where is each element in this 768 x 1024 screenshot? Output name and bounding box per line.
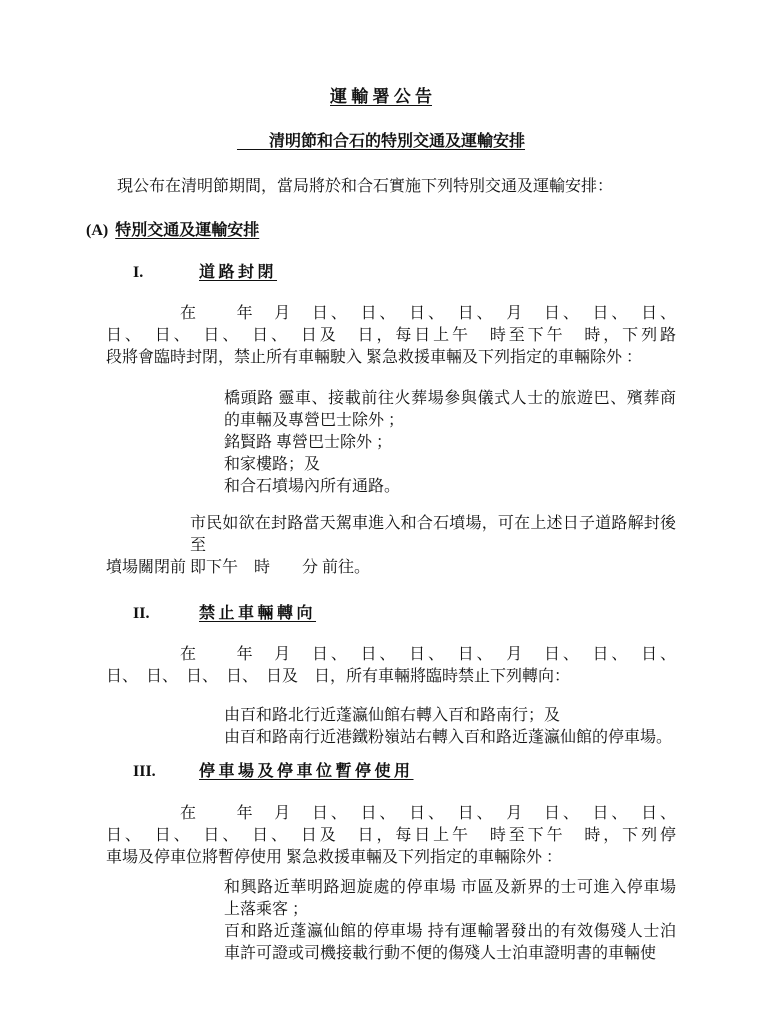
paragraph-line: 墳場關閉前 即下午 時 分 前往。 [106, 557, 676, 579]
paragraph-line: 日、 日、 日、 日、 日及 日，每日上午 時至下午 時，下列停 [106, 825, 676, 847]
paragraph: 在 年 月 日、 日、 日、 日、 月 日、 日、 日、 日、 日、 日、 日、… [106, 303, 676, 369]
paragraph-line: 在 年 月 日、 日、 日、 日、 月 日、 日、 日、 [106, 303, 676, 325]
section-heading-no-turns: II.禁止車輛轉向 [133, 603, 676, 625]
section-title: 禁止車輛轉向 [199, 605, 316, 622]
list-item-line: 由百和路北行近蓬瀛仙館右轉入百和路南行；及 [224, 705, 676, 727]
list-item-line: 上落乘客 ； [224, 899, 676, 921]
paragraph-line: 日、 日、 日、 日、 日及 日，所有車輛將臨時禁止下列轉向： [106, 666, 676, 688]
list-item-line: 和家樓路；及 [224, 454, 676, 476]
list-item-line: 和興路近華明路迴旋處的停車場 市區及新界的士可進入停車場 [224, 877, 676, 899]
list-item-line: 銘賢路 專營巴士除外 ； [224, 432, 676, 454]
list-item-line: 由百和路南行近港鐵粉嶺站右轉入百和路近蓬瀛仙館的停車場。 [224, 727, 676, 749]
paragraph: 在 年 月 日、 日、 日、 日、 月 日、 日、 日、 日、 日、 日、 日、… [106, 803, 676, 869]
closing-paragraph: 市民如欲在封路當天駕車進入和合石墳場，可在上述日子道路解封後至 墳場關閉前 即下… [106, 513, 676, 579]
intro-text: 現公布在清明節期間，當局將於和合石實施下列特別交通及運輸安排： [117, 178, 613, 195]
doc-title: 運 輸 署 公 告 [86, 86, 676, 108]
paragraph: 在 年 月 日、 日、 日、 日、 月 日、 日、 日、 日、 日、 日、 日、… [106, 644, 676, 688]
section-a-title: 特別交通及運輸安排 [115, 222, 259, 239]
road-list: 橋頭路 靈車、接載前往火葬場參與儀式人士的旅遊巴、殯葬商 的車輛及專營巴士除外 … [224, 388, 676, 498]
section-numeral: II. [133, 603, 199, 625]
document-page: 運 輸 署 公 告 清明節和合石的特別交通及運輸安排 現公布在清明節期間，當局將… [0, 0, 768, 1024]
list-item-line: 車許可證或司機接載行動不便的傷殘人士泊車證明書的車輛使 [224, 943, 676, 965]
list-item-line: 橋頭路 靈車、接載前往火葬場參與儀式人士的旅遊巴、殯葬商 [224, 388, 676, 410]
section-numeral: I. [133, 262, 199, 284]
doc-subtitle-lead [237, 133, 269, 150]
section-heading-carpark-suspension: III.停車場及停車位暫停使用 [133, 761, 676, 783]
paragraph-line: 車場及停車位將暫停使用 緊急救援車輛及下列指定的車輛除外 ： [106, 847, 676, 869]
intro-paragraph: 現公布在清明節期間，當局將於和合石實施下列特別交通及運輸安排： [86, 176, 676, 198]
doc-subtitle-text: 清明節和合石的特別交通及運輸安排 [269, 133, 525, 150]
list-item-line: 百和路近蓬瀛仙館的停車場 持有運輸署發出的有效傷殘人士泊 [224, 921, 676, 943]
section-title: 道路封閉 [199, 264, 277, 281]
section-a-heading: (A)特別交通及運輸安排 [86, 220, 676, 242]
list-item-line: 的車輛及專營巴士除外 ； [224, 410, 676, 432]
doc-title-text: 運 輸 署 公 告 [330, 87, 432, 106]
paragraph-line: 在 年 月 日、 日、 日、 日、 月 日、 日、 日、 [106, 803, 676, 825]
turn-restriction-list: 由百和路北行近蓬瀛仙館右轉入百和路南行；及 由百和路南行近港鐵粉嶺站右轉入百和路… [224, 705, 676, 749]
doc-subtitle-underline: 清明節和合石的特別交通及運輸安排 [237, 133, 525, 150]
doc-subtitle: 清明節和合石的特別交通及運輸安排 [86, 131, 676, 153]
paragraph-line: 市民如欲在封路當天駕車進入和合石墳場，可在上述日子道路解封後至 [106, 513, 676, 557]
document-content: 運 輸 署 公 告 清明節和合石的特別交通及運輸安排 現公布在清明節期間，當局將… [0, 86, 768, 965]
paragraph-line: 段將會臨時封閉，禁止所有車輛駛入 緊急救援車輛及下列指定的車輛除外 ： [106, 347, 676, 369]
section-title: 停車場及停車位暫停使用 [199, 763, 414, 780]
list-item-line: 和合石墳場內所有通路。 [224, 476, 676, 498]
section-numeral: III. [133, 761, 199, 783]
section-heading-road-closure: I.道路封閉 [133, 262, 676, 284]
carpark-list: 和興路近華明路迴旋處的停車場 市區及新界的士可進入停車場 上落乘客 ； 百和路近… [224, 877, 676, 965]
paragraph-line: 日、 日、 日、 日、 日及 日，每日上午 時至下午 時，下列路 [106, 325, 676, 347]
section-a-label: (A) [86, 222, 108, 239]
paragraph-line: 在 年 月 日、 日、 日、 日、 月 日、 日、 日、 [106, 644, 676, 666]
